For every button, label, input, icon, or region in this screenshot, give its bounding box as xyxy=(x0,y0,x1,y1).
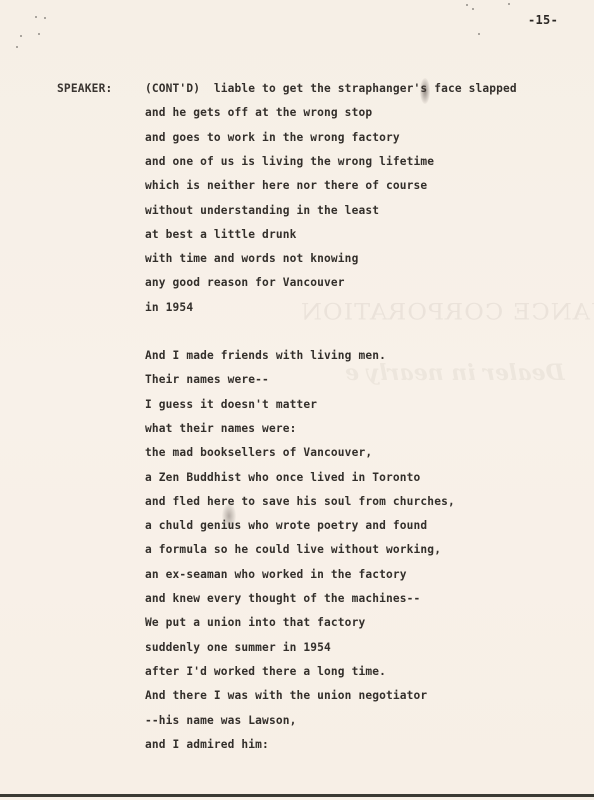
ink-speck xyxy=(16,46,18,48)
text-line: with time and words not knowing xyxy=(145,252,358,266)
text-line: --his name was Lawson, xyxy=(145,714,296,728)
text-line: any good reason for Vancouver xyxy=(145,276,345,290)
ink-speck xyxy=(44,17,46,19)
text-line: We put a union into that factory xyxy=(145,616,365,630)
text-line: And there I was with the union negotiato… xyxy=(145,689,427,703)
text-line: and fled here to save his soul from chur… xyxy=(145,495,455,509)
text-line: and knew every thought of the machines-- xyxy=(145,592,420,606)
text-line: and he gets off at the wrong stop xyxy=(145,106,372,120)
text-line: I guess it doesn't matter xyxy=(145,398,317,412)
text-line: Their names were-- xyxy=(145,373,269,387)
text-line: a formula so he could live without worki… xyxy=(145,543,441,557)
page-number: -15- xyxy=(528,13,558,27)
typewritten-page: COMMUNITY FINANCE CORPORATION Dealer in … xyxy=(0,0,594,797)
text-line: an ex-seaman who worked in the factory xyxy=(145,568,407,582)
text-line: And I made friends with living men. xyxy=(145,349,386,363)
speaker-label: SPEAKER: xyxy=(57,82,112,95)
text-line: and one of us is living the wrong lifeti… xyxy=(145,155,434,169)
ink-smudge xyxy=(222,503,236,529)
ink-speck xyxy=(472,8,474,10)
text-line: a chuld genius who wrote poetry and foun… xyxy=(145,519,427,533)
ink-speck xyxy=(20,35,22,37)
ink-speck xyxy=(478,33,480,35)
text-line: the mad booksellers of Vancouver, xyxy=(145,446,372,460)
ink-speck xyxy=(508,3,510,5)
text-line: in 1954 xyxy=(145,301,193,315)
text-line: at best a little drunk xyxy=(145,228,296,242)
ink-smudge xyxy=(420,78,430,104)
text-line: suddenly one summer in 1954 xyxy=(145,641,331,655)
text-line: after I'd worked there a long time. xyxy=(145,665,386,679)
text-line: without understanding in the least xyxy=(145,204,379,218)
ink-speck xyxy=(35,16,37,18)
bleed-through-subtitle: Dealer in nearly e xyxy=(345,360,565,386)
text-line: (CONT'D) liable to get the straphanger's… xyxy=(145,82,517,96)
text-line: and goes to work in the wrong factory xyxy=(145,131,400,145)
ink-speck xyxy=(466,4,468,6)
text-line: which is neither here nor there of cours… xyxy=(145,179,427,193)
text-line: what their names were: xyxy=(145,422,296,436)
ink-speck xyxy=(38,33,40,35)
bleed-through-letterhead: COMMUNITY FINANCE CORPORATION xyxy=(300,299,594,326)
page-bottom-edge xyxy=(0,794,594,797)
text-line: a Zen Buddhist who once lived in Toronto xyxy=(145,471,420,485)
text-line: and I admired him: xyxy=(145,738,269,752)
